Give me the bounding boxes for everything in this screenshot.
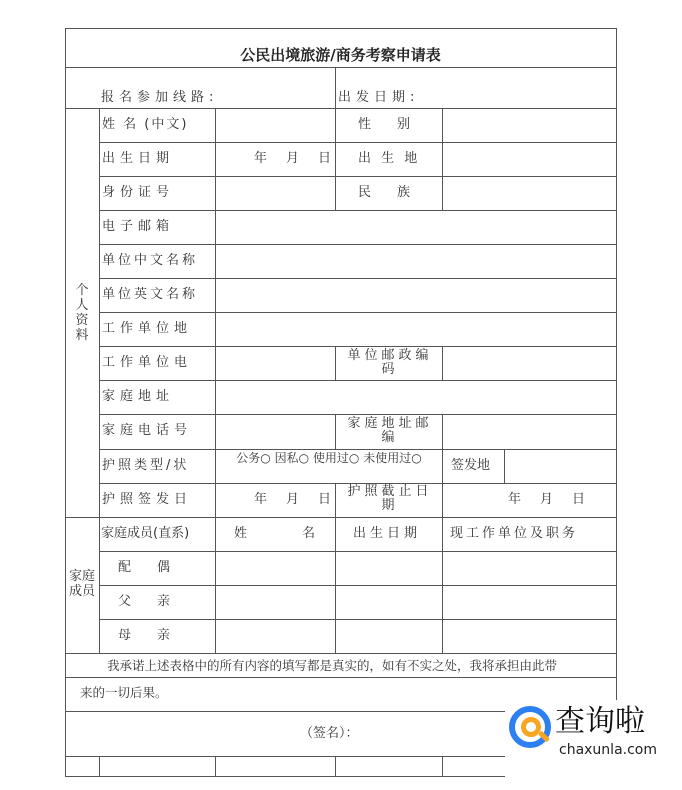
section-line (65, 517, 617, 518)
label-home-phone: 家庭电话号 (102, 424, 192, 438)
col-line (335, 346, 336, 380)
label-birthplace: 出 生 地 (358, 152, 420, 166)
input-company-phone[interactable] (216, 347, 334, 379)
input-home-postcode[interactable] (443, 415, 615, 448)
form-title: 公民出境旅游/商务考察申请表 (65, 44, 616, 65)
departure-label: 出发日期: (338, 91, 419, 105)
option-private[interactable]: 因私○ (275, 451, 309, 465)
option-official[interactable]: 公务○ (236, 451, 270, 465)
input-email[interactable] (216, 211, 615, 243)
label-passport-issue-date: 护照签发日 (102, 493, 192, 507)
input-company-en[interactable] (216, 279, 615, 311)
birthdate-hint[interactable]: 年 月 日 (254, 152, 334, 166)
label-ethnicity: 民 族 (358, 186, 410, 200)
border-right (616, 28, 617, 712)
col-line (99, 756, 100, 776)
row-line (65, 756, 505, 757)
input-home-address[interactable] (216, 381, 615, 413)
family-section-label: 家庭成员 (68, 569, 96, 599)
col-line (99, 108, 100, 653)
family-header-relation: 家庭成员(直系) (101, 527, 189, 541)
passport-expiry-date-hint[interactable]: 年 月 日 (508, 493, 588, 507)
option-used[interactable]: 使用过○ (313, 451, 359, 465)
input-id-number[interactable] (216, 177, 334, 209)
input-gender[interactable] (443, 109, 615, 141)
family-mother: 母 亲 (118, 629, 170, 643)
row-line (99, 619, 617, 620)
declaration-line1: 我承诺上述表格中的所有内容的填写都是真实的，如有不实之处，我将承担由此带 (107, 659, 557, 673)
family-header-job: 现工作单位及职务 (450, 527, 578, 541)
col-line (335, 67, 336, 108)
label-birthdate: 出生日期 (102, 152, 174, 166)
row-line (99, 585, 617, 586)
label-issue-place: 签发地 (451, 459, 490, 473)
section-line (65, 653, 617, 654)
watermark-logo: 查询啦 chaxunla.com (505, 700, 677, 775)
input-company-postcode[interactable] (443, 347, 615, 379)
border-bottom (65, 776, 505, 777)
passport-issue-date-hint[interactable]: 年 月 日 (254, 493, 334, 507)
family-header-name: 姓 名 (234, 527, 319, 541)
label-company-en: 单位英文名称 (102, 288, 198, 302)
border-left (65, 28, 66, 777)
label-company-address: 工作单位地 (102, 322, 192, 336)
label-company-postcode: 单位邮政编码 (340, 349, 440, 377)
input-home-phone[interactable] (216, 415, 334, 448)
watermark-cn: 查询啦 (555, 704, 645, 740)
line-title-bottom (65, 67, 617, 68)
label-company-cn: 单位中文名称 (102, 254, 198, 268)
border-top (65, 28, 617, 29)
label-id-number: 身份证号 (102, 186, 174, 200)
label-home-address: 家庭地址 (102, 390, 174, 404)
label-company-phone: 工作单位电 (102, 356, 192, 370)
col-line (335, 414, 336, 449)
family-section-label-text: 家庭成员 (69, 569, 95, 599)
row-line (65, 711, 505, 712)
signature-label[interactable]: （签名）： (300, 727, 359, 741)
label-home-postcode: 家庭地址邮编 (340, 417, 440, 445)
family-spouse: 配 偶 (118, 561, 170, 575)
label-name: 姓 名 (中文) (102, 118, 188, 132)
passport-type-options: 公务○ 因私○ 使用过○ 未使用过○ (218, 451, 440, 465)
col-line (335, 108, 336, 210)
input-ethnicity[interactable] (443, 177, 615, 209)
input-company-cn[interactable] (216, 245, 615, 277)
input-issue-place[interactable] (505, 450, 615, 482)
input-name[interactable] (216, 109, 334, 141)
col-line (442, 414, 443, 653)
row-line (99, 551, 617, 552)
route-label: 报名参加线路: (101, 91, 218, 105)
declaration-line2: 来的一切后果。 (80, 686, 168, 700)
col-line (335, 483, 336, 653)
label-passport-type: 护照类型/状 (102, 459, 189, 473)
input-birthplace[interactable] (443, 143, 615, 175)
family-father: 父 亲 (118, 595, 170, 609)
row-line (65, 677, 617, 678)
watermark-en: chaxunla.com (559, 742, 657, 758)
col-line (215, 756, 216, 776)
personal-section-label-text: 个人资料 (75, 283, 88, 343)
family-header-birthdate: 出生日期 (353, 527, 421, 541)
col-line (442, 756, 443, 776)
col-line (335, 756, 336, 776)
personal-section-label: 个人资料 (75, 283, 89, 343)
label-gender: 性 别 (358, 118, 410, 132)
label-email: 电子邮箱 (102, 220, 174, 234)
option-unused[interactable]: 未使用过○ (363, 451, 421, 465)
input-company-address[interactable] (216, 313, 615, 345)
label-passport-expiry: 护照截止日期 (340, 485, 440, 513)
